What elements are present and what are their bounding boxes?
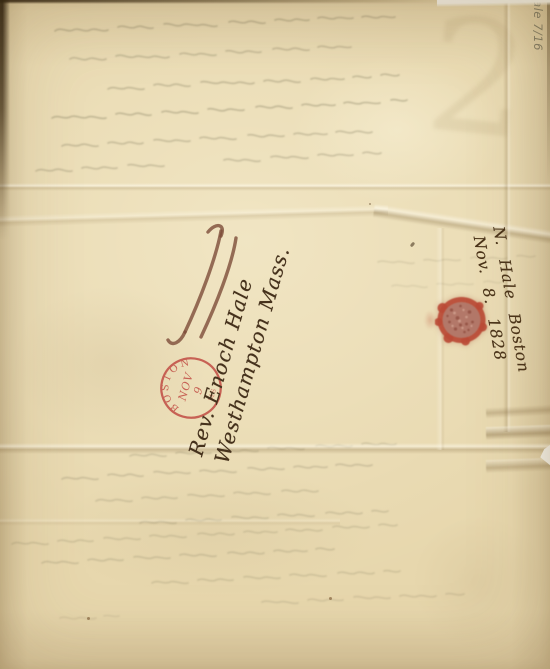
scan-vignette bbox=[0, 0, 550, 669]
letter-scan: 2 bbox=[0, 0, 550, 669]
